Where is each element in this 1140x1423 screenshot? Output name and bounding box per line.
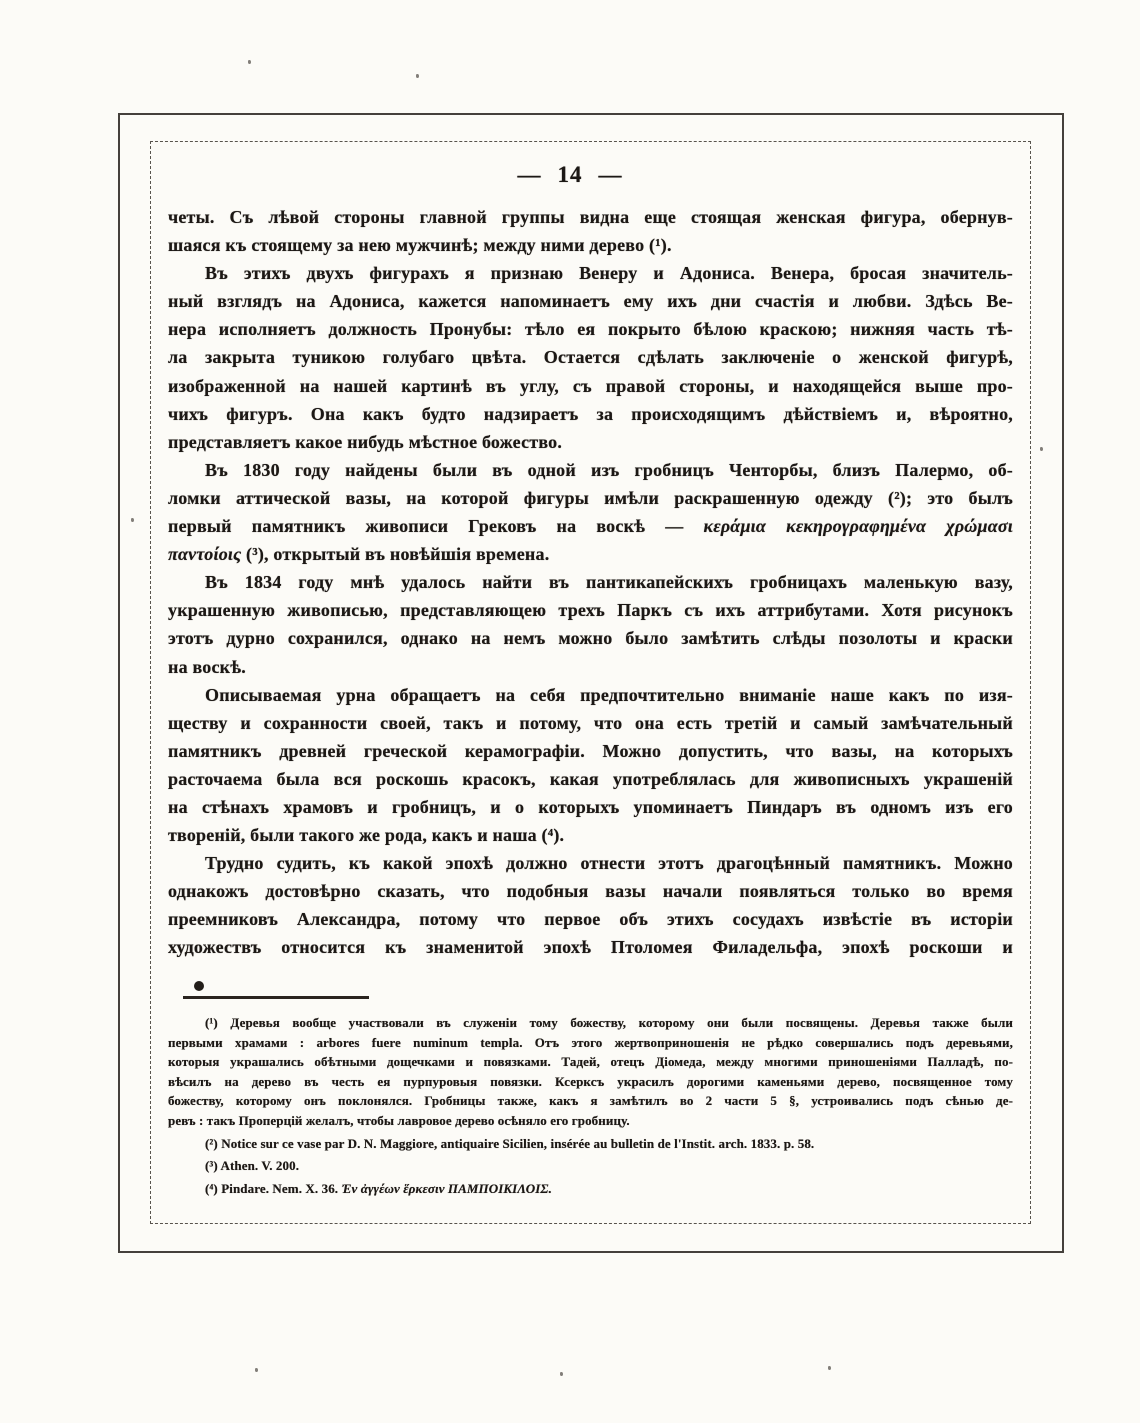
- text-line: чихъ фигуръ. Она какъ будто надзираетъ з…: [168, 400, 1013, 428]
- text-line: представляетъ какое нибудь мѣстное божес…: [168, 428, 1013, 456]
- text-line: художествъ относится къ знаменитой эпохѣ…: [168, 933, 1013, 961]
- page-body: четы. Съ лѣвой стороны главной группы ви…: [168, 203, 1013, 962]
- text-segment: нера исполняетъ должность Пронубы: тѣло …: [168, 319, 1013, 339]
- text-line: ла закрыта туникою голубаго цвѣта. Остае…: [168, 343, 1013, 371]
- paragraph: (³) Athen. V. 200.: [168, 1156, 1013, 1176]
- page-number-value: 14: [558, 162, 583, 187]
- text-line: этотъ дурно сохранился, однако на немъ м…: [168, 624, 1013, 652]
- text-line: παντοίοις (³), открытый въ новѣйшія врем…: [168, 540, 1013, 568]
- text-line: памятникъ древней греческой керамографіи…: [168, 737, 1013, 765]
- text-segment: ществу и сохранности своей, такъ и потом…: [168, 713, 1013, 733]
- paragraph: Въ 1830 году найдены были въ одной изъ г…: [168, 456, 1013, 568]
- paragraph: Въ этихъ двухъ фигурахъ я признаю Венеру…: [168, 259, 1013, 456]
- footnote-separator-dot: [194, 981, 204, 991]
- text-line: Въ 1834 году мнѣ удалось найти въ пантик…: [168, 568, 1013, 596]
- text-segment: однакожъ достовѣрно сказать, что подобны…: [168, 881, 1013, 901]
- greek-italic-text: παντοίοις: [168, 544, 241, 564]
- text-segment: расточаема была вся роскошь красокъ, как…: [168, 769, 1013, 789]
- text-segment: представляетъ какое нибудь мѣстное божес…: [168, 432, 562, 452]
- text-line: шаяся къ стоящему за нею мужчинѣ; между …: [168, 231, 1013, 259]
- text-line: на стѣнахъ храмовъ и гробницъ, и о котор…: [168, 793, 1013, 821]
- scan-speck: [255, 1368, 258, 1372]
- text-segment: (¹) Деревья вообще участвовали въ служен…: [205, 1015, 1013, 1030]
- text-segment: памятникъ древней греческой керамографіи…: [168, 741, 1013, 761]
- paragraph: (¹) Деревья вообще участвовали въ служен…: [168, 1013, 1013, 1131]
- text-segment: первый памятникъ живописи Грековъ на вос…: [168, 516, 704, 536]
- scanned-book-page: —14— четы. Съ лѣвой стороны главной груп…: [0, 0, 1140, 1423]
- text-line: ревъ : такъ Проперцій желалъ, чтобы лавр…: [168, 1111, 1013, 1131]
- text-line: украшенную живописью, представляющею тре…: [168, 596, 1013, 624]
- paragraph: (⁴) Pindare. Nem. X. 36. Ἐν ἀγγέων ἕρκεσ…: [168, 1179, 1013, 1199]
- text-segment: (³) Athen. V. 200.: [205, 1158, 299, 1173]
- paragraph: Описываемая урна обращаетъ на себя предп…: [168, 681, 1013, 850]
- text-segment: Описываемая урна обращаетъ на себя предп…: [205, 685, 1013, 705]
- scan-speck: [1040, 447, 1043, 451]
- greek-italic-text: Ἐν ἀγγέων ἕρκεσιν ΠΑΜΠΟΙΚΙΛΟΙΣ.: [342, 1181, 552, 1196]
- page-number-dash-left: —: [518, 162, 542, 187]
- text-segment: которыя украшались обѣтными дощечками и …: [168, 1054, 1013, 1069]
- text-line: ломки аттической вазы, на которой фигуры…: [168, 484, 1013, 512]
- paragraph: (²) Notice sur ce vase par D. N. Maggior…: [168, 1134, 1013, 1154]
- text-segment: чихъ фигуръ. Она какъ будто надзираетъ з…: [168, 404, 1013, 424]
- scan-speck: [416, 74, 419, 78]
- text-line: Въ 1830 году найдены были въ одной изъ г…: [168, 456, 1013, 484]
- text-line: Описываемая урна обращаетъ на себя предп…: [168, 681, 1013, 709]
- text-segment: (⁴) Pindare. Nem. X. 36.: [205, 1181, 342, 1196]
- text-segment: ревъ : такъ Проперцій желалъ, чтобы лавр…: [168, 1113, 630, 1128]
- text-line: ный взглядъ на Адониса, кажется напомина…: [168, 287, 1013, 315]
- text-segment: художествъ относится къ знаменитой эпохѣ…: [168, 937, 1013, 957]
- text-segment: на воскѣ.: [168, 657, 246, 677]
- text-segment: преемниковъ Александра, потому что перво…: [168, 909, 1013, 929]
- text-line: Трудно судить, къ какой эпохѣ должно отн…: [168, 849, 1013, 877]
- text-segment: ла закрыта туникою голубаго цвѣта. Остае…: [168, 347, 1013, 367]
- text-line: (²) Notice sur ce vase par D. N. Maggior…: [168, 1134, 1013, 1154]
- text-line: преемниковъ Александра, потому что перво…: [168, 905, 1013, 933]
- text-line: первыми храмами : arbores fuere numinum …: [168, 1033, 1013, 1053]
- text-segment: изображенной на нашей картинѣ въ углу, с…: [168, 376, 1013, 396]
- text-segment: божеству, которому онъ поклонялся. Гробн…: [168, 1093, 1013, 1108]
- greek-italic-text: κεράμια κεκηρογραφημένα χρώμασι: [704, 516, 1013, 536]
- footnotes: (¹) Деревья вообще участвовали въ служен…: [168, 1013, 1013, 1198]
- text-line: (¹) Деревья вообще участвовали въ служен…: [168, 1013, 1013, 1033]
- paragraph: Въ 1834 году мнѣ удалось найти въ пантик…: [168, 568, 1013, 680]
- text-segment: (³), открытый въ новѣйшія времена.: [241, 544, 549, 564]
- page-number: —14—: [130, 162, 1010, 188]
- text-line: божеству, которому онъ поклонялся. Гробн…: [168, 1091, 1013, 1111]
- footnote-separator-rule: [183, 996, 369, 999]
- text-line: (⁴) Pindare. Nem. X. 36. Ἐν ἀγγέων ἕρκεσ…: [168, 1179, 1013, 1199]
- page-number-dash-right: —: [599, 162, 623, 187]
- scan-speck: [560, 1372, 563, 1376]
- text-line: расточаема была вся роскошь красокъ, как…: [168, 765, 1013, 793]
- text-line: первый памятникъ живописи Грековъ на вос…: [168, 512, 1013, 540]
- text-segment: на стѣнахъ храмовъ и гробницъ, и о котор…: [168, 797, 1013, 817]
- text-segment: украшенную живописью, представляющею тре…: [168, 600, 1013, 620]
- text-segment: (²) Notice sur ce vase par D. N. Maggior…: [205, 1136, 814, 1151]
- text-segment: четы. Съ лѣвой стороны главной группы ви…: [168, 207, 1013, 227]
- scan-speck: [131, 518, 134, 522]
- scan-speck: [248, 60, 251, 64]
- scan-speck: [828, 1366, 831, 1370]
- text-line: однакожъ достовѣрно сказать, что подобны…: [168, 877, 1013, 905]
- text-segment: Въ 1830 году найдены были въ одной изъ г…: [205, 460, 1013, 480]
- text-segment: Въ 1834 году мнѣ удалось найти въ пантик…: [205, 572, 1013, 592]
- text-segment: вѣсилъ на дерево въ честь ея пурпуровыя …: [168, 1074, 1013, 1089]
- text-segment: первыми храмами : arbores fuere numinum …: [168, 1035, 1013, 1050]
- text-segment: твореній, были такого же рода, какъ и на…: [168, 825, 564, 845]
- text-line: изображенной на нашей картинѣ въ углу, с…: [168, 372, 1013, 400]
- text-line: нера исполняетъ должность Пронубы: тѣло …: [168, 315, 1013, 343]
- text-segment: шаяся къ стоящему за нею мужчинѣ; между …: [168, 235, 672, 255]
- text-segment: ломки аттической вазы, на которой фигуры…: [168, 488, 1013, 508]
- text-line: которыя украшались обѣтными дощечками и …: [168, 1052, 1013, 1072]
- text-segment: Трудно судить, къ какой эпохѣ должно отн…: [205, 853, 1013, 873]
- paragraph: Трудно судить, къ какой эпохѣ должно отн…: [168, 849, 1013, 961]
- text-line: (³) Athen. V. 200.: [168, 1156, 1013, 1176]
- text-segment: этотъ дурно сохранился, однако на немъ м…: [168, 628, 1013, 648]
- text-line: Въ этихъ двухъ фигурахъ я признаю Венеру…: [168, 259, 1013, 287]
- text-line: ществу и сохранности своей, такъ и потом…: [168, 709, 1013, 737]
- text-line: вѣсилъ на дерево въ честь ея пурпуровыя …: [168, 1072, 1013, 1092]
- text-line: на воскѣ.: [168, 653, 1013, 681]
- text-segment: ный взглядъ на Адониса, кажется напомина…: [168, 291, 1013, 311]
- text-line: твореній, были такого же рода, какъ и на…: [168, 821, 1013, 849]
- text-line: четы. Съ лѣвой стороны главной группы ви…: [168, 203, 1013, 231]
- paragraph: четы. Съ лѣвой стороны главной группы ви…: [168, 203, 1013, 259]
- text-segment: Въ этихъ двухъ фигурахъ я признаю Венеру…: [205, 263, 1013, 283]
